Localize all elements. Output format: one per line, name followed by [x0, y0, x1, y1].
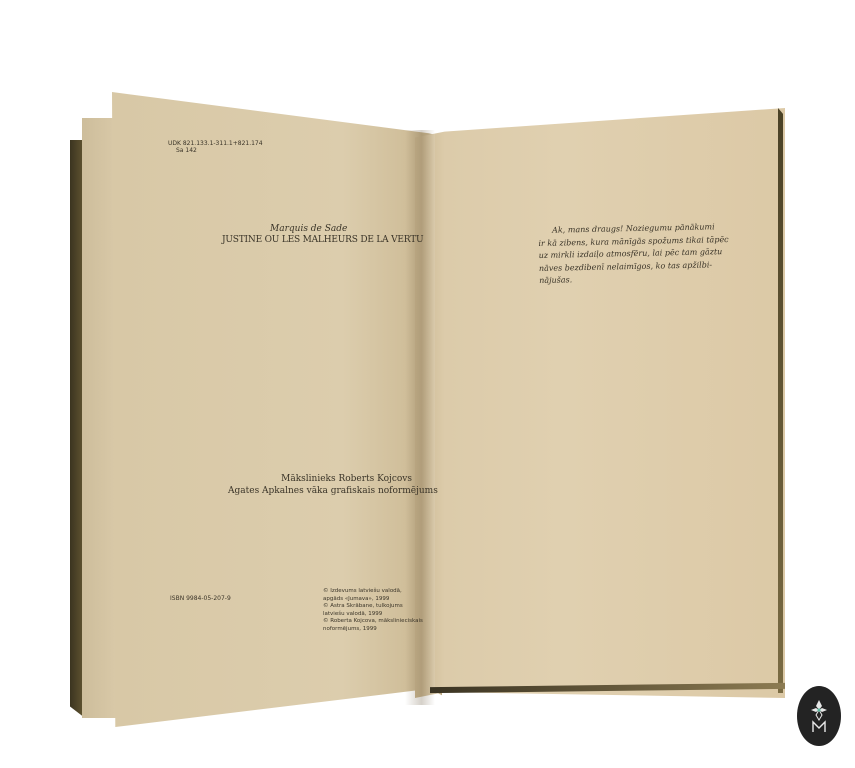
original-title: JUSTINE OU LES MALHEURS DE LA VERTU — [222, 235, 423, 245]
udk-line: Sa 142 — [168, 147, 263, 154]
diamond-star-icon — [797, 686, 841, 746]
copyright-line: apgāds «Jumava», 1999 — [323, 596, 423, 604]
udk-code: UDK 821.133.1-311.1+821.174 Sa 142 — [168, 140, 263, 154]
right-page — [415, 108, 785, 698]
watermark-logo — [797, 686, 841, 746]
copyright-block: © Izdevums latviešu valodā, apgāds «Juma… — [323, 588, 423, 633]
copyright-line: © Roberta Kojcova, mākslinieciskais — [323, 618, 423, 626]
author-name: Marquis de Sade — [270, 224, 347, 234]
epigraph: Ak, mans draugs! Noziegumu pānākumi ir k… — [538, 221, 739, 288]
copyright-line: noformējums, 1999 — [323, 626, 423, 634]
udk-line: UDK 821.133.1-311.1+821.174 — [168, 140, 263, 147]
isbn: ISBN 9984-05-207-9 — [170, 595, 231, 602]
copyright-line: © Astra Skrābane, tulkojums — [323, 603, 423, 611]
copyright-line: © Izdevums latviešu valodā, — [323, 588, 423, 596]
cover-design-credit: Agates Apkalnes vāka grafiskais noformēj… — [228, 485, 412, 497]
credits: Mākslinieks Roberts Kojcovs Agates Apkal… — [228, 473, 412, 497]
copyright-line: latviešu valodā, 1999 — [323, 611, 423, 619]
illustrator-credit: Mākslinieks Roberts Kojcovs — [228, 473, 412, 485]
right-page-edge — [778, 108, 783, 693]
